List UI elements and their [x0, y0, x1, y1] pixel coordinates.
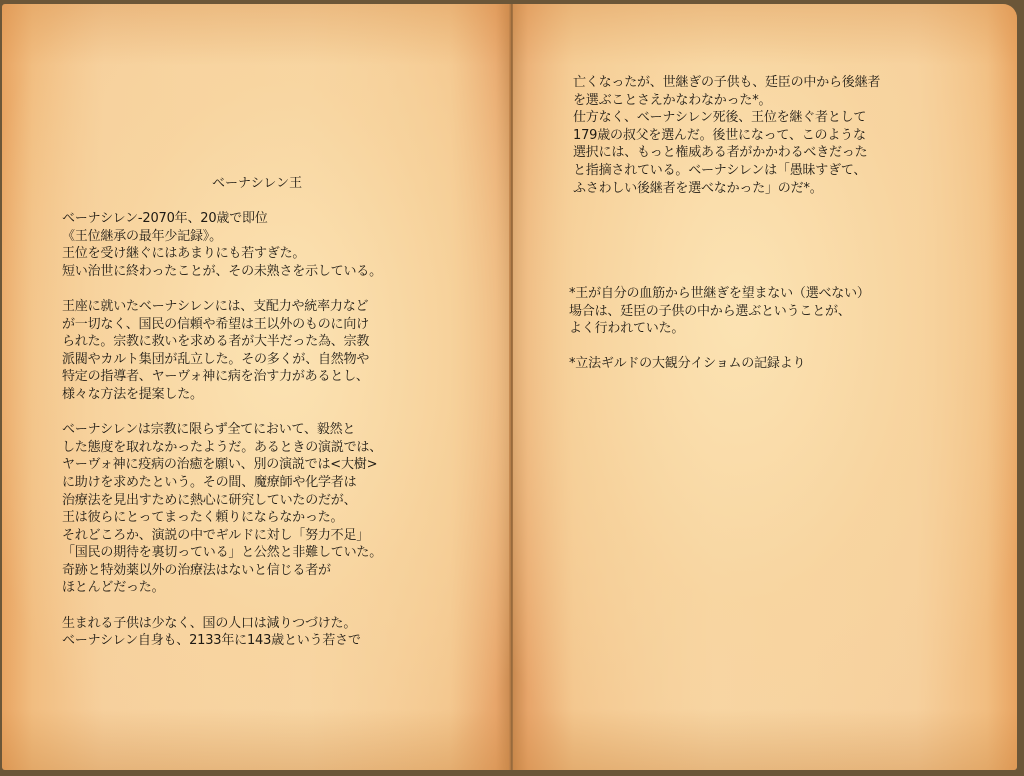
text-line: 生まれる子供は少なく、国の人口は減りつづけた。: [62, 615, 382, 633]
right-paragraph-1: 亡くなったが、世継ぎの子供も、廷臣の中から後継者を選ぶことさえかなわなかった*。…: [573, 74, 880, 197]
text-line: 派閥やカルト集団が乱立した。その多くが、自然物や: [62, 351, 382, 369]
open-book: ベーナシレン王 ベーナシレン-2070年、20歳で即位《王位継承の最年少記録》。…: [0, 0, 1024, 776]
text-line: 場合は、廷臣の子供の中から選ぶということが、: [569, 303, 870, 321]
paragraph-gap: [62, 597, 382, 615]
chapter-title: ベーナシレン王: [212, 172, 302, 191]
paragraph-gap: [62, 404, 382, 422]
text-line: ほとんどだった。: [62, 579, 382, 597]
right-page-text: 亡くなったが、世継ぎの子供も、廷臣の中から後継者を選ぶことさえかなわなかった*。…: [573, 74, 880, 197]
text-line: *王が自分の血筋から世継ぎを望まない（選べない）: [569, 285, 870, 303]
text-line: 特定の指導者、ヤーヴォ神に病を治す力があるとし、: [62, 368, 382, 386]
text-line: *立法ギルドの大観分イショムの記録より: [569, 355, 870, 373]
footnote-2: *立法ギルドの大観分イショムの記録より: [569, 355, 870, 373]
text-line: に助けを求めたという。その間、魔療師や化学者は: [62, 474, 382, 492]
left-paragraph-1: ベーナシレン-2070年、20歳で即位《王位継承の最年少記録》。王位を受け継ぐに…: [62, 210, 382, 280]
text-line: よく行われていた。: [569, 320, 870, 338]
text-line: 治療法を見出すために熱心に研究していたのだが、: [62, 492, 382, 510]
paragraph-gap: [62, 280, 382, 298]
text-line: ヤーヴォ神に疫病の治癒を願い、別の演説では<大樹>: [62, 456, 382, 474]
left-paragraph-2: 王座に就いたベーナシレンには、支配力や統率力などが一切なく、国民の信頼や希望は王…: [62, 298, 382, 404]
text-line: が一切なく、国民の信頼や希望は王以外のものに向け: [62, 316, 382, 334]
text-line: した態度を取れなかったようだ。あるときの演説では、: [62, 439, 382, 457]
text-line: 仕方なく、ベーナシレン死後、王位を継ぐ者として: [573, 109, 880, 127]
text-line: 亡くなったが、世継ぎの子供も、廷臣の中から後継者: [573, 74, 880, 92]
left-page-text: ベーナシレン-2070年、20歳で即位《王位継承の最年少記録》。王位を受け継ぐに…: [62, 210, 382, 650]
paragraph-gap: [569, 338, 870, 356]
text-line: 王座に就いたベーナシレンには、支配力や統率力など: [62, 298, 382, 316]
text-line: を選ぶことさえかなわなかった*。: [573, 92, 880, 110]
text-line: 王位を受け継ぐにはあまりにも若すぎた。: [62, 245, 382, 263]
footnote-1: *王が自分の血筋から世継ぎを望まない（選べない）場合は、廷臣の子供の中から選ぶと…: [569, 285, 870, 338]
text-line: 《王位継承の最年少記録》。: [62, 228, 382, 246]
text-line: 奇跡と特効薬以外の治療法はないと信じる者が: [62, 562, 382, 580]
text-line: 179歳の叔父を選んだ。後世になって、このような: [573, 127, 880, 145]
left-paragraph-3: ベーナシレンは宗教に限らず全てにおいて、毅然とした態度を取れなかったようだ。ある…: [62, 421, 382, 597]
text-line: 「国民の期待を裏切っている」と公然と非難していた。: [62, 544, 382, 562]
left-paragraph-4: 生まれる子供は少なく、国の人口は減りつづけた。ベーナシレン自身も、2133年に1…: [62, 615, 382, 650]
text-line: 王は彼らにとってまったく頼りにならなかった。: [62, 509, 382, 527]
text-line: ふさわしい後継者を選べなかった」のだ*。: [573, 180, 880, 198]
text-line: 短い治世に終わったことが、その未熟さを示している。: [62, 263, 382, 281]
text-line: それどころか、演説の中でギルドに対し「努力不足」: [62, 527, 382, 545]
text-line: ベーナシレンは宗教に限らず全てにおいて、毅然と: [62, 421, 382, 439]
text-line: 様々な方法を提案した。: [62, 386, 382, 404]
text-line: 選択には、もっと権威ある者がかかわるべきだった: [573, 144, 880, 162]
text-line: ベーナシレン-2070年、20歳で即位: [62, 210, 382, 228]
right-page-footnotes: *王が自分の血筋から世継ぎを望まない（選べない）場合は、廷臣の子供の中から選ぶと…: [569, 285, 870, 373]
text-line: と指摘されている。ベーナシレンは「愚昧すぎて、: [573, 162, 880, 180]
text-line: ベーナシレン自身も、2133年に143歳という若さで: [62, 632, 382, 650]
text-line: られた。宗教に救いを求める者が大半だった為、宗教: [62, 333, 382, 351]
